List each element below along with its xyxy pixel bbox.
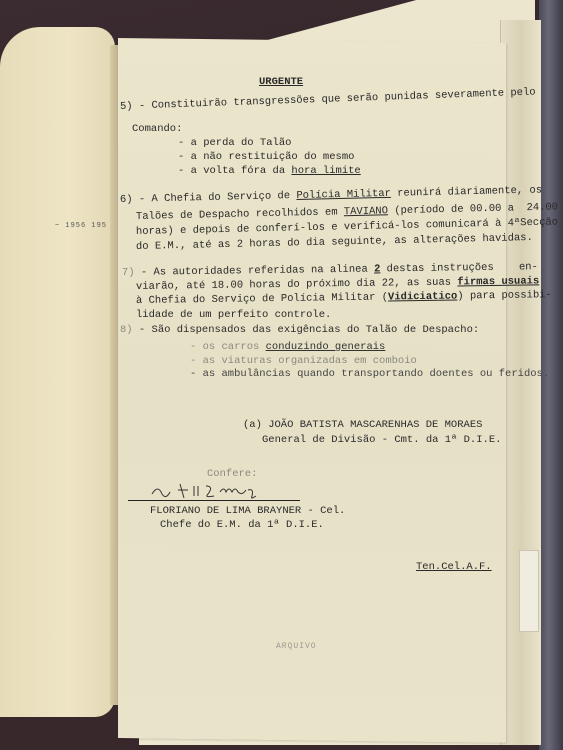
confere-label: Confere:	[207, 467, 257, 481]
signature-line	[128, 500, 300, 501]
item-text: à Chefia do Serviço de Polícia Militar (	[136, 291, 388, 307]
item-text: reunirá diariamente, os	[391, 184, 542, 199]
underlined-text: firmas usuais	[457, 275, 539, 288]
item-8-line-1: 8) - São dispensados das exigências do T…	[120, 323, 479, 337]
item-5-bullet-3: - a volta fóra da hora limite	[178, 164, 361, 178]
item-text: - A Chefia do Serviço de	[139, 190, 297, 206]
item-number: 7)	[122, 267, 135, 279]
item-text: ) para possibi-	[457, 289, 552, 302]
item-text: (período de 00.00 a 24.00	[388, 201, 558, 217]
bullet-text: - os carros	[190, 341, 266, 353]
confere-title: Chefe do E.M. da 1ª D.I.E.	[160, 518, 324, 532]
typist-initials: Ten.Cel.A.F.	[416, 560, 492, 574]
signature-name: (a) JOÃO BATISTA MASCARENHAS DE MORAES	[243, 418, 482, 432]
bullet-text: - a volta fóra da	[178, 165, 291, 177]
underlined-text: Vidiciatico	[388, 291, 457, 304]
item-text: - Constituirão transgressões que serão p…	[139, 86, 536, 112]
underlined-text: Polícia Militar	[296, 188, 391, 202]
heading: URGENTE	[259, 75, 303, 89]
item-text: destas instruções en-	[380, 261, 538, 275]
underlined-text: hora limite	[291, 165, 360, 177]
item-5-bullet-2: - a não restituição do mesmo	[178, 150, 354, 164]
item-8-bullet-2: - as viaturas organizadas em comboio	[190, 354, 417, 368]
underlined-text: TAVIANO	[344, 205, 388, 218]
item-8-bullet-1: - os carros conduzindo generais	[190, 340, 385, 354]
underlined-text: conduzindo generais	[266, 341, 386, 353]
item-7-line-4: lidade de um perfeito controle.	[136, 308, 331, 322]
archive-stamp: ARQUIVO	[276, 640, 317, 654]
item-number: 5)	[120, 101, 133, 113]
item-5-line-2: Comando:	[132, 122, 182, 136]
item-text: - São dispensados das exigências do Talã…	[139, 324, 479, 336]
document-text: URGENTE 5) - Constituirão transgressões …	[0, 0, 563, 750]
signature-title: General de Divisão - Cmt. da 1ª D.I.E.	[262, 433, 501, 447]
item-5-bullet-1: - a perda do Talão	[178, 136, 291, 150]
handwritten-signature	[150, 480, 270, 500]
item-5-line-1: 5) - Constituirão transgressões que serã…	[120, 85, 536, 114]
item-number: 6)	[120, 194, 133, 206]
confere-name: FLORIANO DE LIMA BRAYNER - Cel.	[150, 504, 345, 518]
item-8-bullet-3: - as ambulâncias quando transportando do…	[190, 367, 549, 381]
item-number: 8)	[120, 324, 133, 336]
